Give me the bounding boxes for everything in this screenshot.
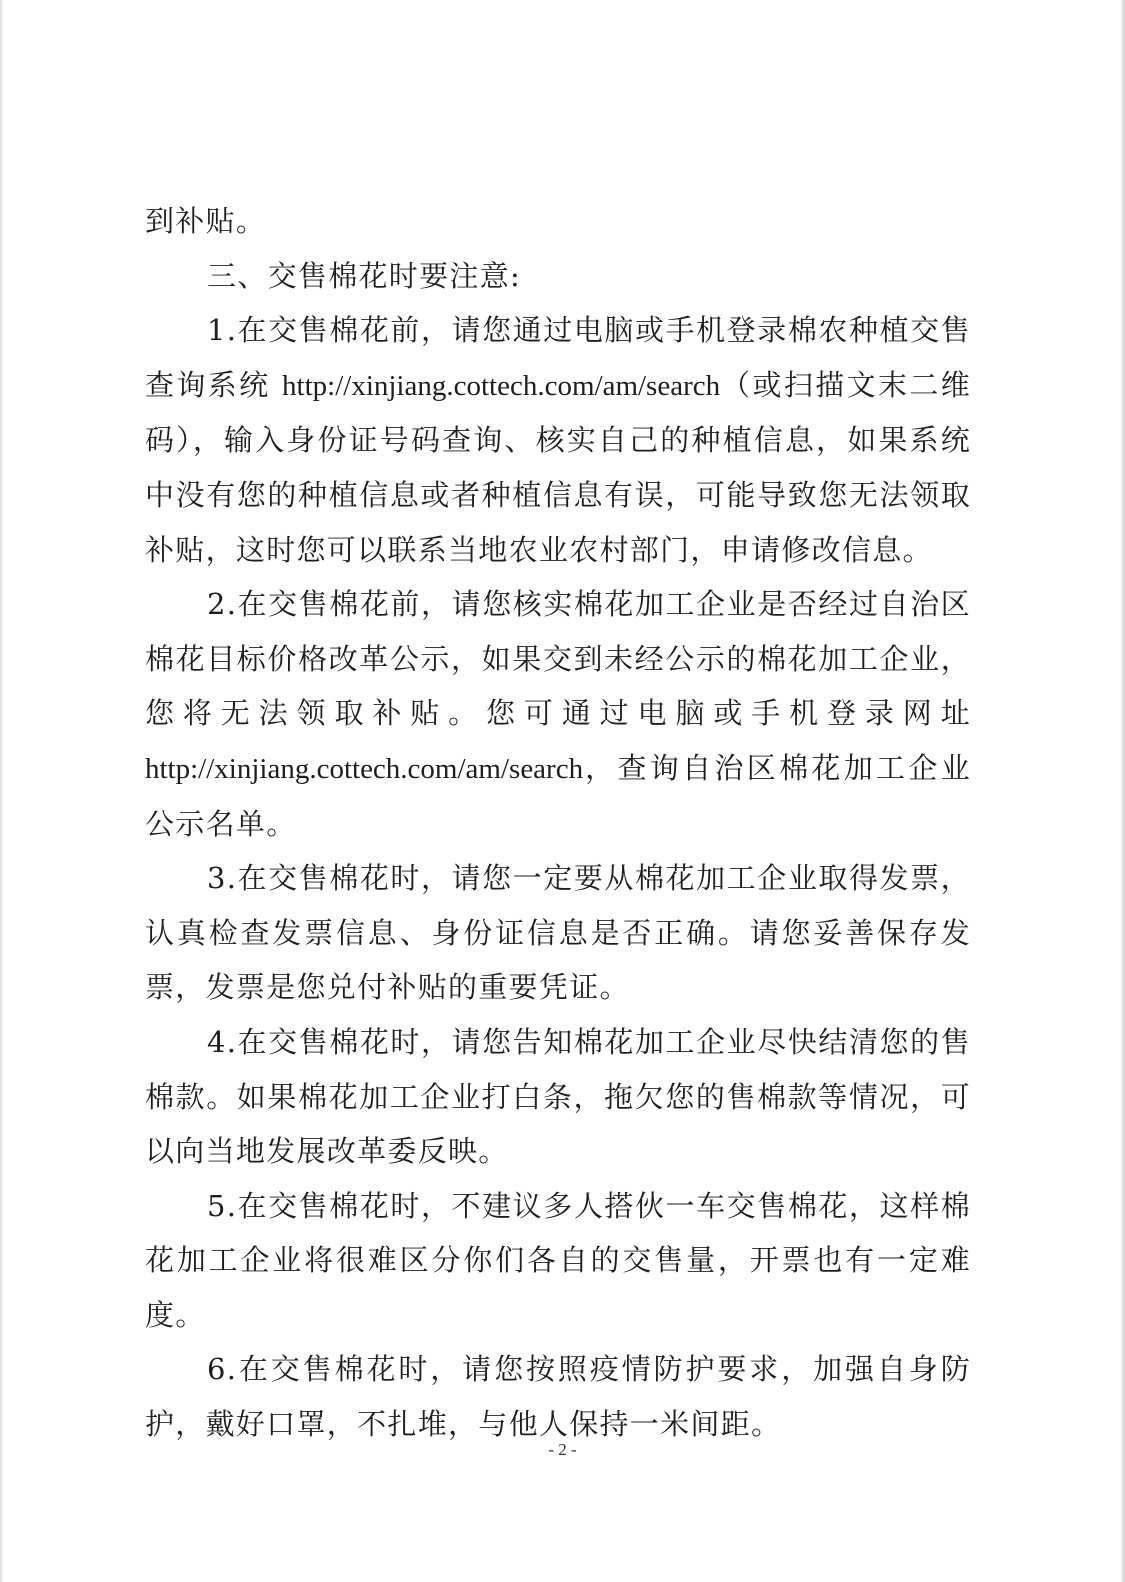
search-system-url: http://xinjiang.cottech.com/am/search bbox=[145, 753, 583, 785]
paragraph-item-5: 5.在交售棉花时，不建议多人搭伙一车交售棉花，这样棉花加工企业将很难区分你们各自… bbox=[145, 1179, 971, 1343]
paragraph-text: 3.在交售棉花时，请您一定要从棉花加工企业取得发票，认真检查发票信息、身份证信息… bbox=[145, 861, 971, 1004]
page-number: - 2 - bbox=[0, 1440, 1125, 1460]
paragraph-text: 4.在交售棉花时，请您告知棉花加工企业尽快结清您的售棉款。如果棉花加工企业打白条… bbox=[145, 1025, 971, 1168]
paragraph-item-4: 4.在交售棉花时，请您告知棉花加工企业尽快结清您的售棉款。如果棉花加工企业打白条… bbox=[145, 1015, 971, 1179]
document-body: 到补贴。 三、交售棉花时要注意: 1.在交售棉花前，请您通过电脑或手机登录棉农种… bbox=[145, 194, 971, 1452]
page-edge-right bbox=[1121, 0, 1125, 1582]
paragraph-item-1: 1.在交售棉花前，请您通过电脑或手机登录棉农种植交售查询系统 http://xi… bbox=[145, 303, 971, 577]
search-system-url: http://xinjiang.cottech.com/am/search bbox=[282, 370, 720, 402]
page-edge-left bbox=[0, 0, 3, 1582]
paragraph-item-6: 6.在交售棉花时，请您按照疫情防护要求，加强自身防护，戴好口罩，不扎堆，与他人保… bbox=[145, 1342, 971, 1451]
paragraph-text: 5.在交售棉花时，不建议多人搭伙一车交售棉花，这样棉花加工企业将很难区分你们各自… bbox=[145, 1189, 971, 1332]
heading-text: 三、交售棉花时要注意: bbox=[207, 259, 521, 293]
paragraph-text: 到补贴。 bbox=[145, 204, 266, 238]
paragraph-text: 2.在交售棉花前，请您核实棉花加工企业是否经过自治区棉花目标价格改革公示，如果交… bbox=[145, 587, 971, 730]
paragraph-text: 6.在交售棉花时，请您按照疫情防护要求，加强自身防护，戴好口罩，不扎堆，与他人保… bbox=[145, 1352, 971, 1441]
document-page: 到补贴。 三、交售棉花时要注意: 1.在交售棉花前，请您通过电脑或手机登录棉农种… bbox=[0, 0, 1125, 1582]
section-heading-selling-notes: 三、交售棉花时要注意: bbox=[145, 249, 971, 304]
paragraph-continuation: 到补贴。 bbox=[145, 194, 971, 249]
paragraph-item-3: 3.在交售棉花时，请您一定要从棉花加工企业取得发票，认真检查发票信息、身份证信息… bbox=[145, 851, 971, 1015]
paragraph-item-2: 2.在交售棉花前，请您核实棉花加工企业是否经过自治区棉花目标价格改革公示，如果交… bbox=[145, 577, 971, 851]
